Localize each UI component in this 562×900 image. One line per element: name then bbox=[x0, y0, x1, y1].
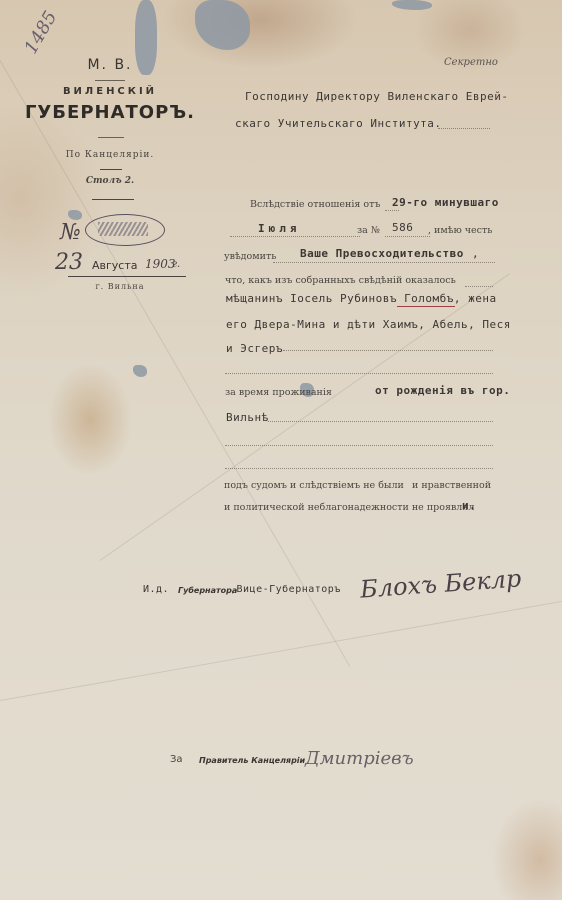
dotted-line bbox=[225, 373, 493, 374]
dotted-line bbox=[230, 236, 360, 237]
body-typed-excellency: Ваше Превосходительство bbox=[300, 247, 464, 260]
dotted-line bbox=[268, 421, 493, 422]
addressee-line-1: Господину Директору Виленскаго Еврей- bbox=[245, 90, 509, 103]
signature-role-printed: Губернатора bbox=[178, 586, 237, 595]
body-typed-month: Іюля bbox=[258, 222, 301, 235]
letterhead-divider bbox=[100, 169, 122, 170]
letterhead-ministry: М. В. bbox=[0, 57, 220, 73]
chancellery-signature: Дмитріевъ bbox=[305, 748, 414, 769]
blue-stain bbox=[133, 365, 147, 377]
body-comma: , bbox=[472, 247, 479, 260]
number-redacted bbox=[98, 222, 148, 236]
body-printed-residence: за время проживанія bbox=[225, 387, 332, 398]
date-month: Августа bbox=[92, 259, 138, 272]
body-typed-names-3: и Эсгеръ bbox=[226, 342, 283, 355]
dotted-line bbox=[225, 445, 493, 446]
body-printed-moral: и нравственной bbox=[412, 480, 491, 491]
letterhead-divider bbox=[95, 80, 125, 81]
body-printed-inform: увѣдомить bbox=[224, 251, 276, 262]
paper-background bbox=[0, 0, 562, 900]
dotted-line bbox=[385, 210, 399, 211]
letterhead-vilna: ВИЛЕНСКІЙ bbox=[0, 86, 220, 97]
body-typed-names-1: мѣщанинъ Іосель Рубиновъ Голомбъ, жена bbox=[226, 292, 497, 305]
date-suffix: г. bbox=[172, 259, 180, 270]
body-printed-court: подъ судомъ и слѣдствіемъ не были bbox=[224, 480, 404, 491]
body-typed-number: 586 bbox=[392, 221, 413, 234]
letterhead-desk: Столъ 2. bbox=[0, 176, 220, 186]
letterhead-divider bbox=[98, 137, 124, 138]
date-year: 1903 bbox=[145, 257, 176, 271]
dotted-line bbox=[283, 350, 493, 351]
body-printed-honor: , имѣю честь bbox=[428, 225, 492, 236]
dotted-line bbox=[465, 286, 493, 287]
city: г. Вильна bbox=[10, 282, 230, 291]
body-printed-no: за № bbox=[357, 225, 380, 236]
signature-role-typed: ,Вице-Губернаторъ bbox=[230, 584, 341, 595]
number-sign: № bbox=[60, 220, 81, 245]
footer-role: Правитель Канцеляріи bbox=[199, 756, 305, 765]
footer-prefix: За bbox=[170, 754, 183, 765]
letterhead-divider bbox=[92, 199, 134, 200]
body-typed-city: Вильнѣ bbox=[226, 411, 269, 424]
body-typed-birth: от рожденія въ гор. bbox=[375, 384, 510, 397]
body-typed-date: 29-го минувшаго bbox=[392, 196, 499, 209]
classification-secret: Секретно bbox=[444, 57, 498, 68]
red-underline bbox=[397, 306, 455, 307]
dotted-line bbox=[273, 262, 495, 263]
body-printed-political: и политической неблагонадежности не проя… bbox=[224, 502, 474, 513]
signature-prefix: И.д. bbox=[143, 584, 169, 595]
letterhead-office: По Канцеляріи. bbox=[0, 150, 220, 160]
dotted-line bbox=[438, 128, 490, 129]
body-printed-found: что, какъ изъ собранныхъ свѣдѣній оказал… bbox=[225, 275, 456, 286]
letterhead-governor: ГУБЕРНАТОРЪ. bbox=[0, 102, 220, 123]
blue-stain bbox=[68, 210, 82, 220]
date-underline bbox=[68, 276, 186, 277]
dotted-line bbox=[225, 468, 493, 469]
dotted-line bbox=[385, 236, 430, 237]
body-printed-1: Вслѣдствіе отношенія отъ bbox=[250, 199, 380, 210]
addressee-line-2: скаго Учительскаго Института. bbox=[235, 117, 442, 130]
body-typed-names-2: его Двера-Мина и дѣти Хаимъ, Абель, Песя bbox=[226, 318, 511, 331]
date-day: 23 bbox=[55, 250, 83, 275]
body-typed-ending: и. bbox=[462, 499, 476, 512]
